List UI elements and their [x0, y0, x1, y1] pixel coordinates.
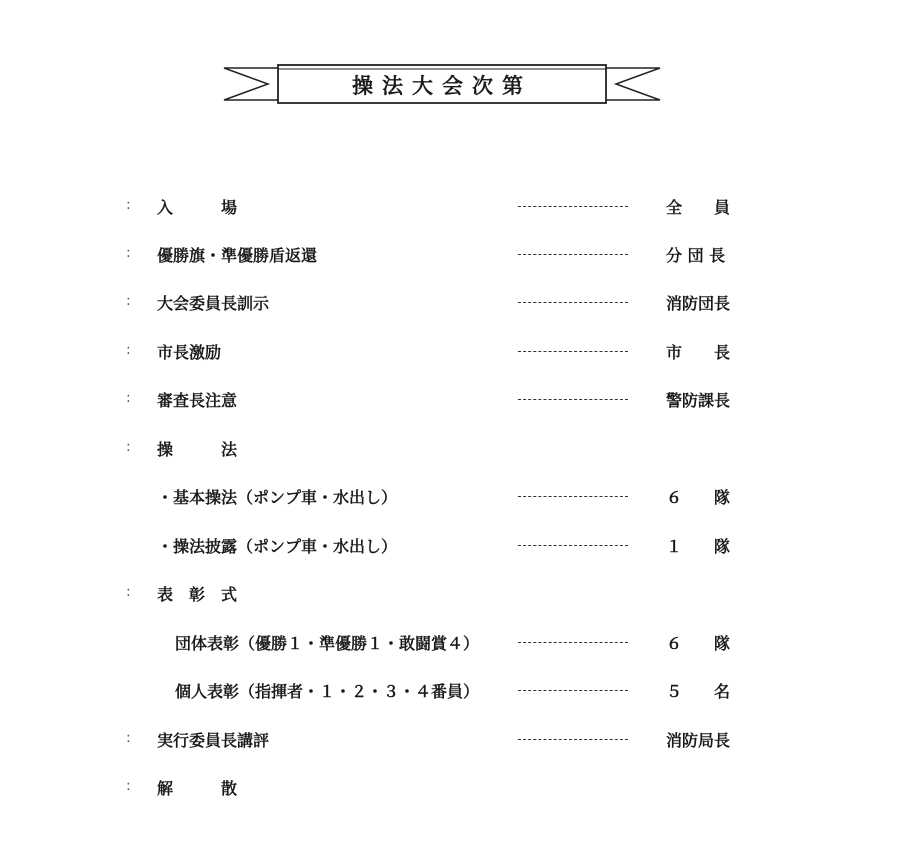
- item-responsible: 消防局長: [666, 728, 738, 751]
- item-responsible: 消防団長: [666, 291, 738, 314]
- program-item: 団体表彰（優勝１・準優勝１・敢闘賞４）６ 隊: [0, 631, 900, 655]
- dotted-leader: [518, 254, 628, 255]
- item-bullet: :: [126, 245, 131, 261]
- program-item: ・操法披露（ポンプ車・水出し）１ 隊: [0, 534, 900, 558]
- dotted-leader: [518, 351, 628, 352]
- program-item: :大会委員長訓示消防団長: [0, 291, 900, 315]
- item-bullet: :: [126, 584, 131, 600]
- dotted-leader: [518, 206, 628, 207]
- item-label: 大会委員長訓示: [157, 291, 269, 314]
- item-responsible: 全 員: [666, 195, 738, 218]
- item-responsible: ６ 隊: [666, 631, 738, 654]
- item-label: 入 場: [157, 195, 237, 218]
- dotted-leader: [518, 739, 628, 740]
- program-item: :表 彰 式: [0, 582, 900, 606]
- dotted-leader: [518, 690, 628, 691]
- item-bullet: :: [126, 342, 131, 358]
- program-item: :市長激励市 長: [0, 340, 900, 364]
- dotted-leader: [518, 302, 628, 303]
- item-label: 団体表彰（優勝１・準優勝１・敢闘賞４）: [175, 631, 479, 654]
- item-label: 操 法: [157, 437, 237, 460]
- title-banner: 操法大会次第: [222, 60, 662, 110]
- program-item: :入 場全 員: [0, 195, 900, 219]
- item-bullet: :: [126, 293, 131, 309]
- item-responsible: ５ 名: [666, 679, 738, 702]
- item-label: 表 彰 式: [157, 582, 237, 605]
- program-item: :実行委員長講評消防局長: [0, 728, 900, 752]
- item-responsible: １ 隊: [666, 534, 738, 557]
- program-item: ・基本操法（ポンプ車・水出し）６ 隊: [0, 485, 900, 509]
- item-bullet: :: [126, 197, 131, 213]
- item-bullet: :: [126, 390, 131, 406]
- item-label: 優勝旗・準優勝盾返還: [157, 243, 317, 266]
- item-responsible: 分 団 長: [666, 243, 738, 266]
- item-responsible: ６ 隊: [666, 485, 738, 508]
- item-label: 市長激励: [157, 340, 221, 363]
- dotted-leader: [518, 399, 628, 400]
- program-item: :優勝旗・準優勝盾返還分 団 長: [0, 243, 900, 267]
- item-responsible: 市 長: [666, 340, 738, 363]
- dotted-leader: [518, 496, 628, 497]
- item-label: ・操法披露（ポンプ車・水出し）: [157, 534, 397, 557]
- item-bullet: :: [126, 439, 131, 455]
- page-title: 操法大会次第: [280, 70, 604, 100]
- item-label: 解 散: [157, 776, 237, 799]
- item-label: 実行委員長講評: [157, 728, 269, 751]
- item-label: 審査長注意: [157, 388, 237, 411]
- program-item: :操 法: [0, 437, 900, 461]
- item-bullet: :: [126, 778, 131, 794]
- item-responsible: 警防課長: [666, 388, 738, 411]
- program-item: 個人表彰（指揮者・１・２・３・４番員）５ 名: [0, 679, 900, 703]
- dotted-leader: [518, 642, 628, 643]
- program-item: :解 散: [0, 776, 900, 800]
- item-label: ・基本操法（ポンプ車・水出し）: [157, 485, 397, 508]
- item-label: 個人表彰（指揮者・１・２・３・４番員）: [175, 679, 479, 702]
- program-item: :審査長注意警防課長: [0, 388, 900, 412]
- dotted-leader: [518, 545, 628, 546]
- item-bullet: :: [126, 730, 131, 746]
